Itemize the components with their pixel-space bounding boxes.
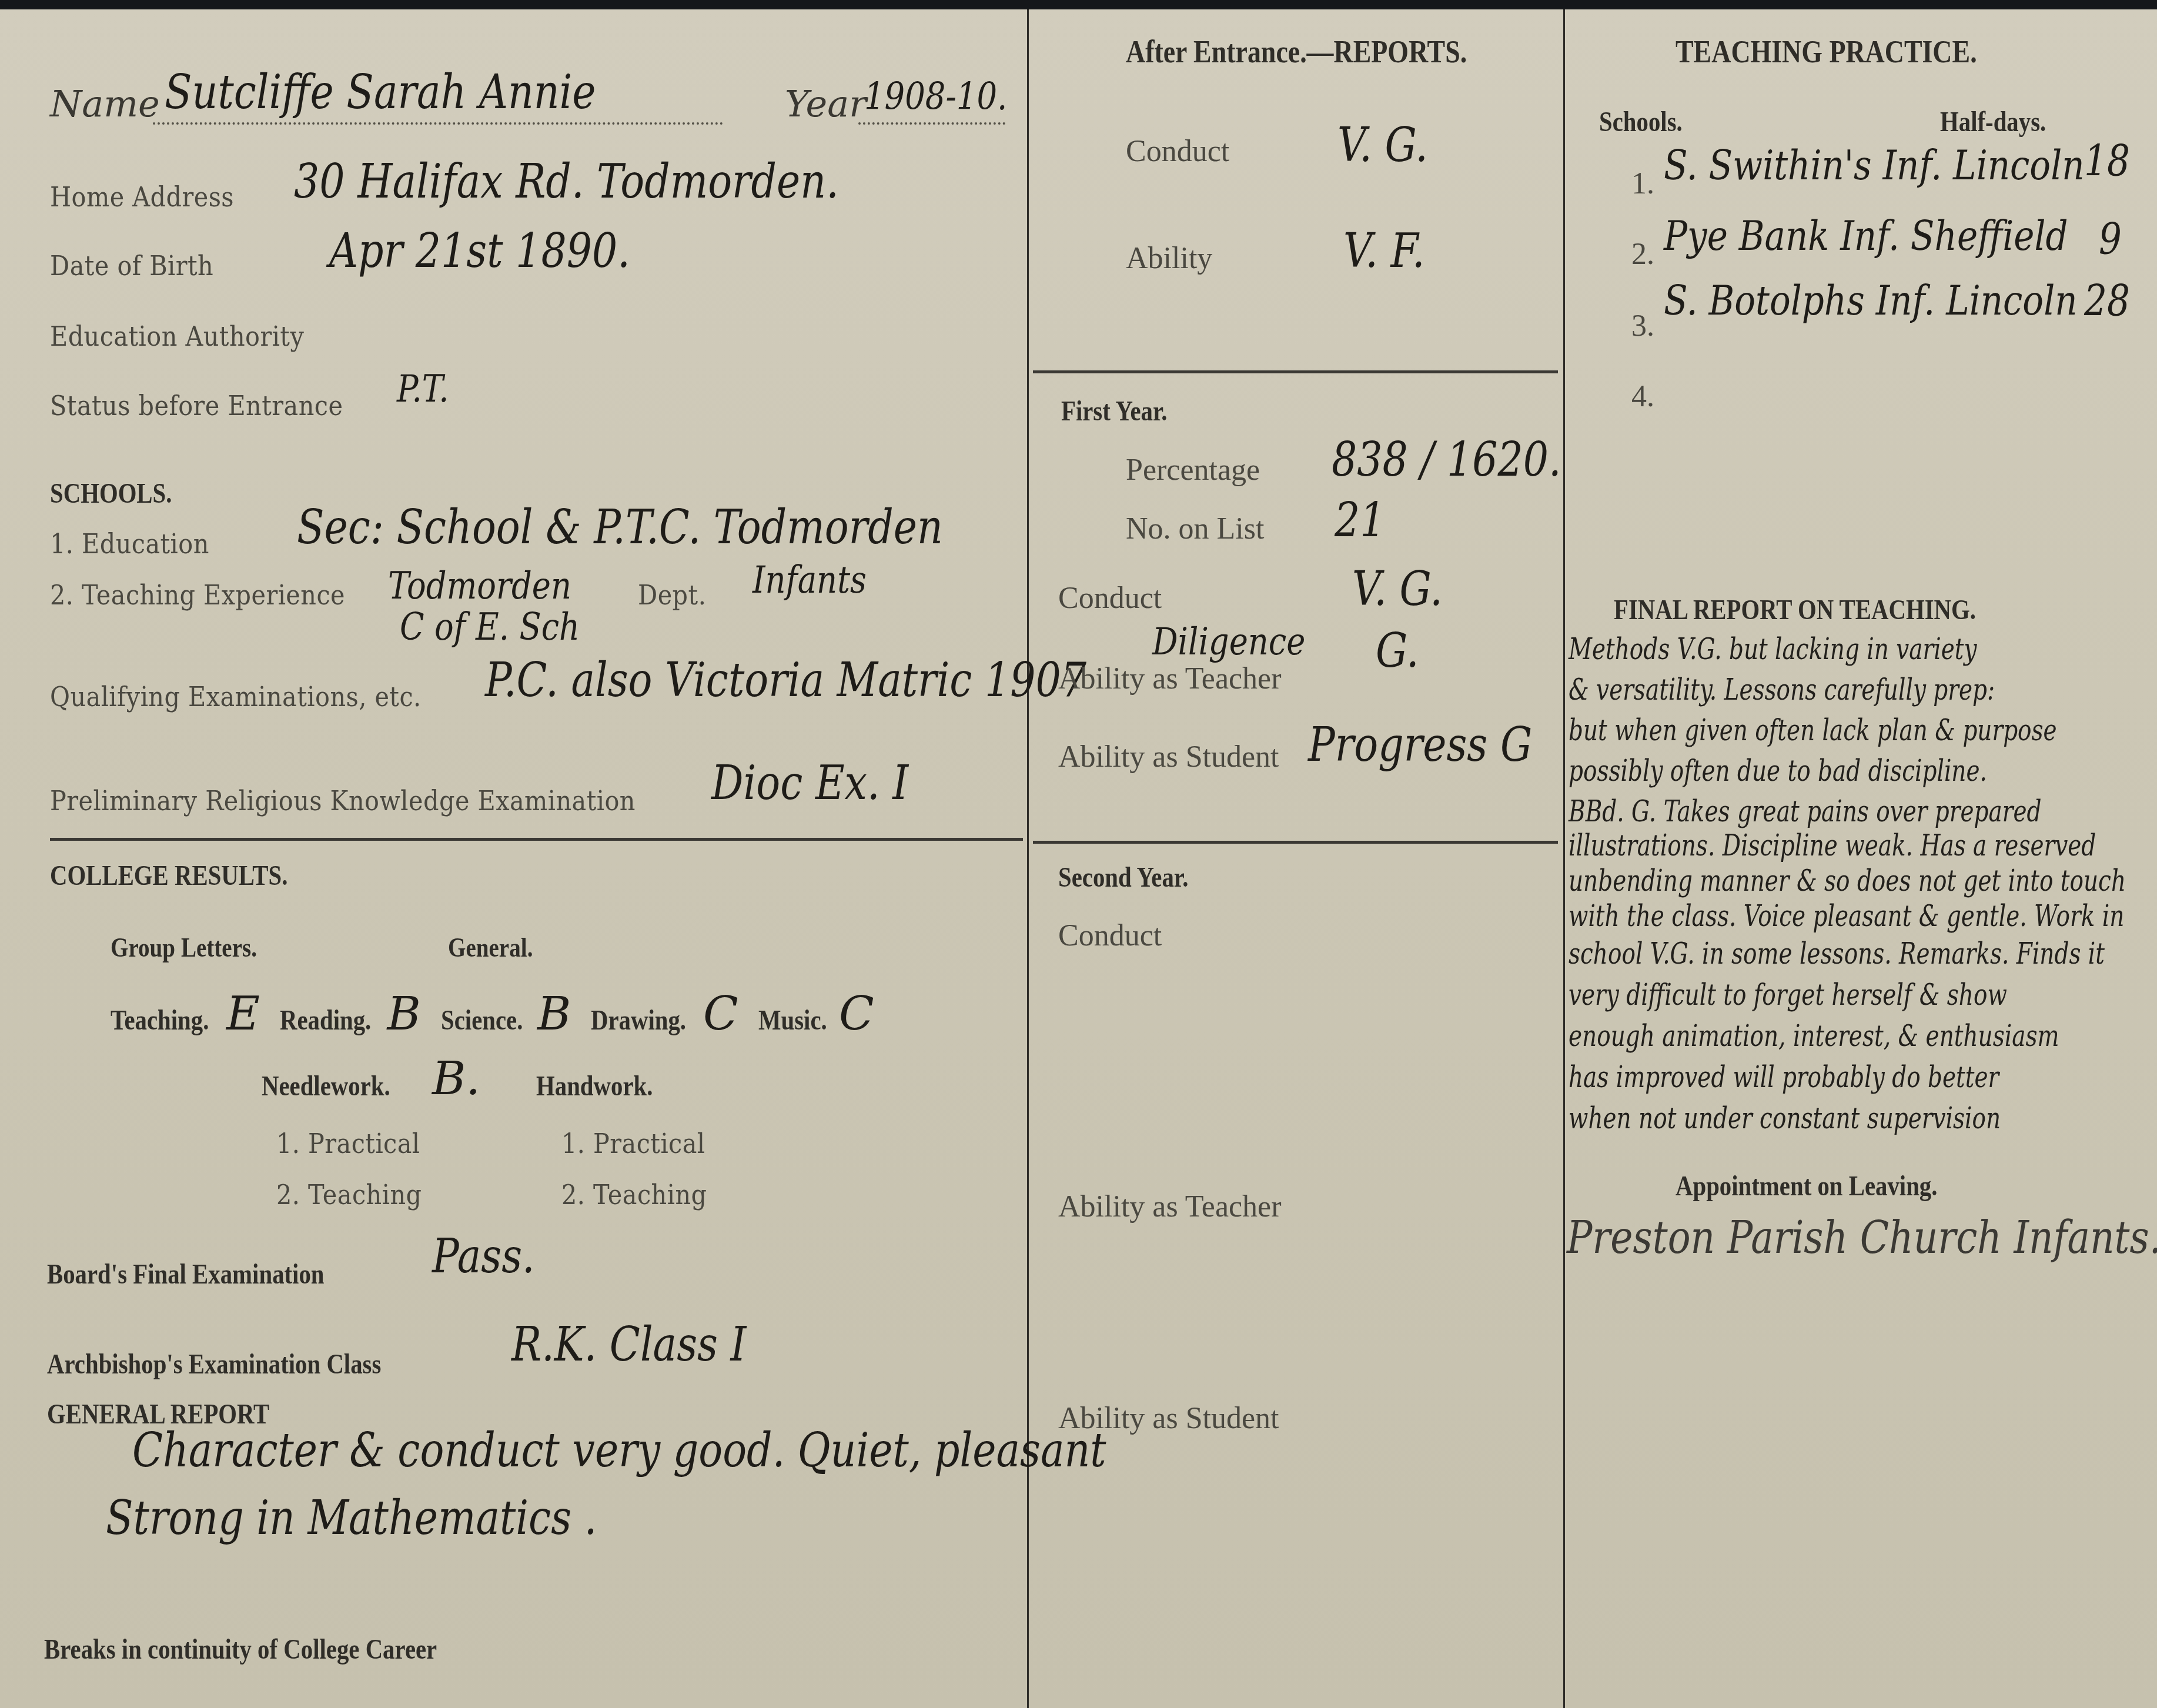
final-report-line: with the class. Voice pleasant & gentle.…	[1569, 899, 2126, 937]
education-value: Sec: School & P.T.C. Todmorden	[297, 500, 943, 554]
handwork-teaching: 2. Teaching	[561, 1179, 707, 1211]
sy-teacher-label: Ability as Teacher	[1058, 1189, 1282, 1224]
scan-top-edge	[0, 0, 2157, 9]
fy-diligence-value: G.	[1376, 623, 1419, 678]
teaching-experience-value-1: Todmorden	[388, 564, 571, 608]
final-report-line: very difficult to forget herself & show	[1569, 978, 2126, 1019]
archbishop-value: R.K. Class I	[511, 1317, 746, 1372]
grade-teaching: E	[226, 988, 260, 1041]
divider-schools-college	[50, 838, 1023, 841]
final-report-text: Methods V.G. but lacking in variety & ve…	[1569, 632, 2157, 1142]
fy-teacher-label: Ability as Teacher	[1058, 661, 1282, 696]
dob-value: Apr 21st 1890.	[329, 223, 630, 278]
boards-final-label: Board's Final Examination	[47, 1258, 325, 1291]
needlework-label: Needlework.	[262, 1070, 390, 1102]
final-report-line: but when given often lack plan & purpose	[1569, 713, 2126, 754]
education-authority-label: Education Authority	[50, 320, 304, 352]
dept-label: Dept.	[638, 579, 706, 611]
handwork-practical: 1. Practical	[561, 1128, 705, 1159]
practice-halfdays: 28	[2084, 276, 2130, 326]
year-value: 1908-10.	[864, 75, 1007, 119]
year-label: Year	[785, 82, 867, 125]
percentage-value: 838 / 1620.	[1332, 432, 1561, 487]
dob-label: Date of Birth	[50, 250, 213, 282]
breaks-label: Breaks in continuity of College Career	[44, 1633, 437, 1666]
dept-value: Infants	[753, 559, 867, 602]
subject-reading: Reading.B	[280, 988, 421, 1041]
subject-science: Science.B	[441, 988, 571, 1041]
needlework-practical: 1. Practical	[276, 1128, 420, 1159]
general-label: General.	[448, 932, 533, 963]
group-letters-label: Group Letters.	[111, 932, 257, 963]
fy-conduct-value: V. G.	[1352, 561, 1443, 616]
halfdays-column-header: Half-days.	[1940, 106, 2046, 138]
final-report-line: when not under constant supervision	[1569, 1101, 2126, 1142]
practice-row-number: 1.	[1631, 166, 1654, 201]
second-year-heading: Second Year.	[1058, 861, 1188, 894]
ae-conduct-label: Conduct	[1126, 134, 1229, 169]
first-year-heading: First Year.	[1061, 395, 1168, 427]
year-label-wrap: Year	[785, 82, 867, 125]
practice-school: S. Botolphs Inf. Lincoln	[1664, 276, 2078, 325]
name-label: Name	[50, 82, 160, 125]
practice-row-number: 2.	[1631, 237, 1654, 272]
fy-diligence-note: Diligence	[1152, 620, 1306, 664]
teaching-experience-value-2: C of E. Sch	[400, 606, 580, 649]
percentage-label: Percentage	[1126, 453, 1260, 487]
after-entrance-heading: After Entrance.—REPORTS.	[1126, 34, 1467, 70]
grade-music: C	[839, 988, 874, 1041]
home-address-label: Home Address	[50, 181, 234, 213]
grade-reading: B	[387, 988, 421, 1041]
college-results-heading: COLLEGE RESULTS.	[50, 860, 287, 892]
sy-student-label: Ability as Student	[1058, 1401, 1279, 1436]
name-row: Name	[50, 82, 160, 125]
final-report-heading: FINAL REPORT ON TEACHING.	[1614, 594, 1976, 626]
practice-halfdays: 9	[2099, 215, 2122, 264]
subject-drawing: Drawing.C	[591, 988, 738, 1041]
practice-halfdays: 18	[2084, 136, 2130, 186]
sy-conduct-label: Conduct	[1058, 918, 1162, 953]
teaching-practice-heading: TEACHING PRACTICE.	[1676, 34, 1977, 70]
qualifying-value: P.C. also Victoria Matric 1907	[485, 653, 1086, 707]
divider-after-entrance-first-year	[1033, 370, 1558, 373]
final-report-line: enough animation, interest, & enthusiasm	[1569, 1019, 2126, 1060]
divider-first-second-year	[1033, 841, 1558, 844]
column-divider-right	[1563, 9, 1565, 1708]
practice-row-number: 4.	[1631, 379, 1654, 414]
final-report-line: Methods V.G. but lacking in variety	[1569, 632, 2126, 673]
name-value: Sutcliffe Sarah Annie	[165, 65, 596, 119]
needlework-grade: B.	[432, 1052, 480, 1105]
status-label: Status before Entrance	[50, 390, 343, 422]
boards-final-value: Pass.	[432, 1229, 535, 1283]
no-on-list-label: No. on List	[1126, 512, 1264, 546]
final-report-line: & versatility. Lessons carefully prep:	[1569, 673, 2126, 713]
no-on-list-value: 21	[1335, 493, 1386, 547]
archbishop-label: Archbishop's Examination Class	[47, 1348, 381, 1381]
appointment-heading: Appointment on Leaving.	[1676, 1170, 1937, 1202]
subject-grades-row: Teaching.E Reading.B Science.B Drawing.C…	[111, 988, 874, 1041]
grade-science: B	[537, 988, 571, 1041]
general-report-line-1: Character & conduct very good. Quiet, pl…	[132, 1423, 1106, 1478]
prelim-value: Dioc Ex. I	[711, 756, 908, 810]
practice-school: Pye Bank Inf. Sheffield	[1664, 212, 2068, 260]
subject-teaching: Teaching.E	[111, 988, 260, 1041]
handwork-label: Handwork.	[536, 1070, 653, 1102]
qualifying-label: Qualifying Examinations, etc.	[50, 681, 422, 713]
teaching-experience-label: 2. Teaching Experience	[50, 579, 345, 611]
education-label: 1. Education	[50, 528, 209, 560]
ae-ability-label: Ability	[1126, 241, 1212, 276]
year-field: 1908-10.	[858, 71, 1005, 125]
home-address-value: 30 Halifax Rd. Todmorden.	[294, 154, 839, 209]
schools-heading: SCHOOLS.	[50, 477, 172, 510]
subject-music: Music.C	[758, 988, 874, 1041]
general-report-line-2: Strong in Mathematics .	[106, 1490, 597, 1545]
prelim-label: Preliminary Religious Knowledge Examinat…	[50, 785, 636, 817]
appointment-value: Preston Parish Church Infants.	[1567, 1211, 2157, 1264]
grade-drawing: C	[703, 988, 738, 1041]
final-report-line: possibly often due to bad discipline.	[1569, 754, 2126, 794]
name-field: Sutcliffe Sarah Annie	[153, 71, 723, 125]
fy-student-label: Ability as Student	[1058, 740, 1279, 774]
ae-conduct-value: V. G.	[1337, 118, 1428, 172]
status-value: P.T.	[397, 367, 449, 411]
practice-row-number: 3.	[1631, 309, 1654, 343]
final-report-line: illustrations. Discipline weak. Has a re…	[1569, 828, 2126, 864]
final-report-line: BBd. G. Takes great pains over prepared	[1569, 794, 2126, 828]
fy-conduct-label: Conduct	[1058, 581, 1162, 616]
ae-ability-value: V. F.	[1343, 223, 1425, 278]
fy-student-value: Progress G	[1308, 717, 1532, 772]
needlework-teaching: 2. Teaching	[276, 1179, 422, 1211]
final-report-line: has improved will probably do better	[1569, 1060, 2126, 1101]
schools-column-header: Schools.	[1599, 106, 1683, 138]
practice-school: S. Swithin's Inf. Lincoln	[1664, 141, 2084, 189]
final-report-line: unbending manner & so does not get into …	[1569, 864, 2126, 899]
final-report-line: school V.G. in some lessons. Remarks. Fi…	[1569, 937, 2126, 978]
